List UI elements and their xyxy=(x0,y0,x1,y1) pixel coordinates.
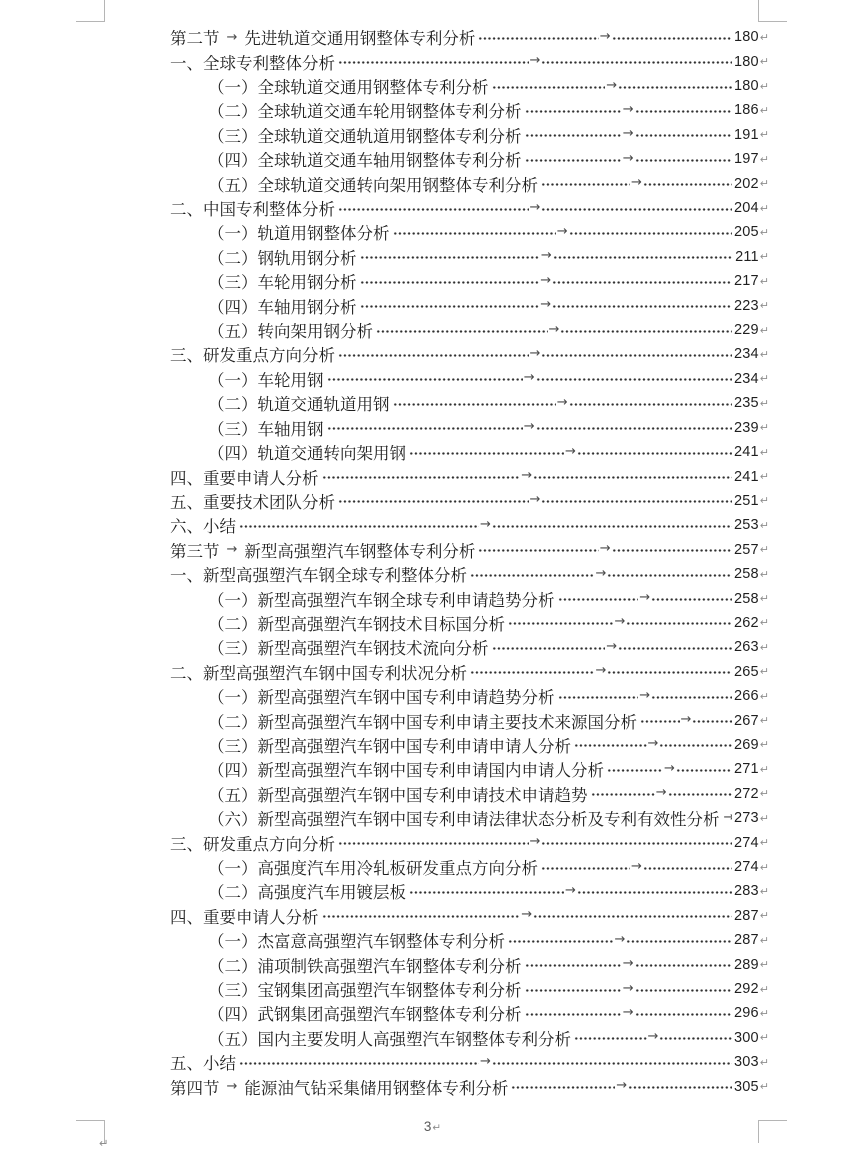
tab-arrow-icon: → xyxy=(606,79,617,92)
dot-leader: → xyxy=(525,1006,732,1021)
toc-entry-title: （二）浦项制铁高强塑汽车钢整体专利分析 xyxy=(208,953,522,977)
toc-entry-page-number: 239 xyxy=(734,420,759,436)
leader-dots xyxy=(618,85,732,90)
toc-entry[interactable]: （四）全球轨道交通车轴用钢整体专利分析 → 197 ↵ xyxy=(104,147,758,171)
toc-entry-title: 五、小结 xyxy=(170,1050,236,1074)
dot-leader: → xyxy=(591,786,732,801)
toc-entry[interactable]: 四、重要申请人分析 → 287 ↵ xyxy=(104,904,758,928)
leader-dots xyxy=(541,866,630,871)
text-boundary-mark-top-left xyxy=(104,0,105,21)
paragraph-mark-icon: ↵ xyxy=(760,1008,769,1019)
toc-entry[interactable]: 第四节 → 能源油气钻采集储用钢整体专利分析 → 305 ↵ xyxy=(104,1074,758,1098)
toc-entry-title: （二）全球轨道交通车轮用钢整体专利分析 xyxy=(208,98,522,122)
tab-arrow-icon: → xyxy=(623,957,634,970)
leader-dots xyxy=(558,695,639,700)
toc-entry-title: （三）车轴用钢 xyxy=(208,416,324,440)
toc-entry-page-number: 235 xyxy=(734,395,759,411)
toc-entry[interactable]: （一）高强度汽车用冷轧板研发重点方向分析 → 274 ↵ xyxy=(104,855,758,879)
leader-dots xyxy=(239,1061,479,1066)
dot-leader: → xyxy=(470,664,732,679)
table-of-contents: 第二节 → 先进轨道交通用钢整体专利分析 → 180 ↵ 一、全球专利整体分析 … xyxy=(104,25,758,1099)
leader-dots xyxy=(525,988,622,993)
leader-dots xyxy=(376,329,548,334)
toc-entry[interactable]: （四）轨道交通转向架用钢 → 241 ↵ xyxy=(104,440,758,464)
toc-entry-page-number: 267 xyxy=(734,713,759,729)
toc-entry-page-number: 191 xyxy=(734,127,759,143)
toc-entry-page-number: 263 xyxy=(734,639,759,655)
leader-dots xyxy=(338,353,529,358)
leader-dots xyxy=(659,743,732,748)
tab-arrow-icon: → xyxy=(530,347,541,360)
leader-dots xyxy=(360,280,540,285)
dot-leader: → xyxy=(525,103,732,118)
toc-entry-page-number: 257 xyxy=(734,542,759,558)
toc-entry-page-number: 258 xyxy=(734,566,759,582)
leader-dots xyxy=(552,280,732,285)
toc-entry-page-number: 258 xyxy=(734,591,759,607)
leader-dots xyxy=(643,182,732,187)
dot-leader: → xyxy=(239,518,732,533)
paragraph-mark-icon: ↵ xyxy=(99,1136,109,1150)
paragraph-mark-icon: ↵ xyxy=(760,1081,769,1092)
leader-dots xyxy=(338,60,529,65)
leader-dots xyxy=(574,743,647,748)
leader-dots xyxy=(668,792,732,797)
leader-dots xyxy=(492,524,732,529)
tab-arrow-icon: → xyxy=(664,762,675,775)
tab-arrow-icon: → xyxy=(623,103,634,116)
toc-entry[interactable]: （一）车轮用钢 → 234 ↵ xyxy=(104,367,758,391)
leader-dots xyxy=(478,36,598,41)
paragraph-mark-icon: ↵ xyxy=(760,715,769,726)
leader-dots xyxy=(541,60,732,65)
toc-entry-page-number: 253 xyxy=(734,517,759,533)
dot-leader: → xyxy=(393,396,732,411)
leader-dots xyxy=(635,963,732,968)
toc-entry-page-number: 234 xyxy=(734,346,759,362)
dot-leader: → xyxy=(525,957,732,972)
paragraph-mark-icon: ↵ xyxy=(760,300,769,311)
leader-dots xyxy=(612,36,732,41)
leader-dots xyxy=(643,866,732,871)
toc-entry-page-number: 186 xyxy=(734,102,759,118)
paragraph-mark-icon: ↵ xyxy=(760,178,769,189)
dot-leader: → xyxy=(574,1030,732,1045)
paragraph-mark-icon: ↵ xyxy=(760,227,769,238)
toc-entry[interactable]: （三）宝钢集团高强塑汽车钢整体专利分析 → 292 ↵ xyxy=(104,977,758,1001)
tab-arrow-icon: → xyxy=(480,1055,491,1068)
dot-leader: → xyxy=(360,274,732,289)
toc-entry-page-number: 269 xyxy=(734,737,759,753)
toc-entry-page-number: 289 xyxy=(734,957,759,973)
tab-arrow-icon: → xyxy=(524,371,535,384)
tab-arrow-icon: → xyxy=(227,30,238,45)
dot-leader: → xyxy=(478,542,732,557)
toc-entry[interactable]: （五）国内主要发明人高强塑汽车钢整体专利分析 → 300 ↵ xyxy=(104,1026,758,1050)
dot-leader: → xyxy=(322,908,732,923)
tab-arrow-icon: → xyxy=(623,1006,634,1019)
leader-dots xyxy=(511,1085,615,1090)
tab-arrow-icon: → xyxy=(631,860,642,873)
paragraph-mark-icon: ↵ xyxy=(760,886,769,897)
paragraph-mark-icon: ↵ xyxy=(760,593,769,604)
paragraph-mark-icon: ↵ xyxy=(760,569,769,580)
dot-leader: → xyxy=(409,445,732,460)
tab-arrow-icon: → xyxy=(227,542,238,557)
toc-entry[interactable]: （三）新型高强塑汽车钢技术流向分析 → 263 ↵ xyxy=(104,635,758,659)
tab-arrow-icon: → xyxy=(596,567,607,580)
leader-dots xyxy=(508,621,614,626)
toc-entry[interactable]: （一）轨道用钢整体分析 → 205 ↵ xyxy=(104,220,758,244)
leader-dots xyxy=(470,670,595,675)
dot-leader: → xyxy=(360,298,732,313)
toc-entry[interactable]: （五）新型高强塑汽车钢中国专利申请技术申请趋势 → 272 ↵ xyxy=(104,782,758,806)
toc-entry-section-prefix: 第二节 xyxy=(170,25,220,49)
toc-entry[interactable]: （二）浦项制铁高强塑汽车钢整体专利分析 → 289 ↵ xyxy=(104,952,758,976)
paragraph-mark-icon: ↵ xyxy=(760,349,769,360)
toc-entry[interactable]: （二）新型高强塑汽车钢技术目标国分析 → 262 ↵ xyxy=(104,611,758,635)
leader-dots xyxy=(322,914,521,919)
toc-entry[interactable]: （五）转向架用钢分析 → 229 ↵ xyxy=(104,318,758,342)
toc-entry-page-number: 180 xyxy=(734,54,759,70)
toc-entry-title: （二）新型高强塑汽车钢中国专利申请主要技术来源国分析 xyxy=(208,709,637,733)
toc-entry-page-number: 300 xyxy=(734,1030,759,1046)
toc-entry[interactable]: 五、重要技术团队分析 → 251 ↵ xyxy=(104,489,758,513)
leader-dots xyxy=(552,304,732,309)
leader-dots xyxy=(508,939,614,944)
toc-entry-title: （四）车轴用钢分析 xyxy=(208,294,357,318)
toc-entry[interactable]: 第三节 → 新型高强塑汽车钢整体专利分析 → 257 ↵ xyxy=(104,538,758,562)
paragraph-mark-icon: ↵ xyxy=(760,373,769,384)
toc-entry[interactable]: 二、中国专利整体分析 → 204 ↵ xyxy=(104,196,758,220)
leader-dots xyxy=(569,231,732,236)
toc-entry[interactable]: （二）钢轨用钢分析 → 211 ↵ xyxy=(104,245,758,269)
toc-entry[interactable]: 一、全球专利整体分析 → 180 ↵ xyxy=(104,49,758,73)
toc-entry[interactable]: （四）武钢集团高强塑汽车钢整体专利分析 → 296 ↵ xyxy=(104,1001,758,1025)
toc-entry-page-number: 274 xyxy=(734,859,759,875)
paragraph-mark-icon: ↵ xyxy=(432,1122,441,1134)
leader-dots xyxy=(541,841,732,846)
toc-entry-title: （三）新型高强塑汽车钢中国专利申请申请人分析 xyxy=(208,733,571,757)
leader-dots xyxy=(574,1036,647,1041)
dot-leader: → xyxy=(470,567,732,582)
leader-dots xyxy=(541,499,732,504)
leader-dots xyxy=(536,377,732,382)
toc-entry-page-number: 272 xyxy=(734,786,759,802)
dot-leader: → xyxy=(393,225,732,240)
toc-entry[interactable]: （二）全球轨道交通车轮用钢整体专利分析 → 186 ↵ xyxy=(104,98,758,122)
leader-dots xyxy=(525,109,622,114)
leader-dots xyxy=(533,475,732,480)
paragraph-mark-icon: ↵ xyxy=(760,984,769,995)
toc-entry-page-number: 205 xyxy=(734,224,759,240)
dot-leader: → xyxy=(541,860,732,875)
paragraph-mark-icon: ↵ xyxy=(760,32,769,43)
toc-entry[interactable]: （六）新型高强塑汽车钢中国专利申请法律状态分析及专利有效性分析 → 273 ↵ xyxy=(104,806,758,830)
leader-dots xyxy=(560,329,732,334)
toc-entry-title: 六、小结 xyxy=(170,513,236,537)
paragraph-mark-icon: ↵ xyxy=(760,959,769,970)
paragraph-mark-icon: ↵ xyxy=(760,617,769,628)
dot-leader: → xyxy=(525,127,732,142)
leader-dots xyxy=(618,646,732,651)
paragraph-mark-icon: ↵ xyxy=(760,691,769,702)
paragraph-mark-icon: ↵ xyxy=(760,813,769,824)
toc-entry-title: 新型高强塑汽车钢整体专利分析 xyxy=(244,538,475,562)
tab-arrow-icon: → xyxy=(648,737,659,750)
leader-dots xyxy=(635,988,732,993)
paragraph-mark-icon: ↵ xyxy=(760,422,769,433)
tab-arrow-icon: → xyxy=(530,201,541,214)
tab-arrow-icon: → xyxy=(540,274,551,287)
leader-dots xyxy=(409,451,564,456)
toc-entry-page-number: 266 xyxy=(734,688,759,704)
leader-dots xyxy=(635,158,732,163)
toc-entry[interactable]: （一）全球轨道交通用钢整体专利分析 → 180 ↵ xyxy=(104,74,758,98)
toc-entry-title: 四、重要申请人分析 xyxy=(170,904,319,928)
toc-entry-title: （二）轨道交通轨道用钢 xyxy=(208,391,390,415)
leader-dots xyxy=(533,914,732,919)
toc-entry[interactable]: （一）杰富意高强塑汽车钢整体专利分析 → 287 ↵ xyxy=(104,928,758,952)
tab-arrow-icon: → xyxy=(639,591,650,604)
toc-entry[interactable]: （四）新型高强塑汽车钢中国专利申请国内申请人分析 → 271 ↵ xyxy=(104,757,758,781)
toc-entry[interactable]: 四、重要申请人分析 → 241 ↵ xyxy=(104,464,758,488)
dot-leader: → xyxy=(478,30,732,45)
tab-arrow-icon: → xyxy=(565,445,576,458)
tab-arrow-icon: → xyxy=(631,176,642,189)
toc-entry-title: （一）高强度汽车用冷轧板研发重点方向分析 xyxy=(208,855,538,879)
leader-dots xyxy=(607,768,663,773)
toc-entry-title: （三）全球轨道交通轨道用钢整体专利分析 xyxy=(208,123,522,147)
leader-dots xyxy=(525,158,622,163)
tab-arrow-icon: → xyxy=(600,542,611,555)
toc-entry[interactable]: （五）全球轨道交通转向架用钢整体专利分析 → 202 ↵ xyxy=(104,171,758,195)
leader-dots xyxy=(327,377,523,382)
toc-entry-page-number: 241 xyxy=(734,469,759,485)
leader-dots xyxy=(577,890,732,895)
toc-entry-page-number: 223 xyxy=(734,298,759,314)
leader-dots xyxy=(322,475,521,480)
toc-entry[interactable]: （二）新型高强塑汽车钢中国专利申请主要技术来源国分析 → 267 ↵ xyxy=(104,708,758,732)
tab-arrow-icon: → xyxy=(623,982,634,995)
toc-entry-section-prefix: 第四节 xyxy=(170,1075,220,1099)
toc-entry[interactable]: （一）新型高强塑汽车钢全球专利申请趋势分析 → 258 ↵ xyxy=(104,586,758,610)
toc-entry-title: 二、中国专利整体分析 xyxy=(170,196,335,220)
toc-entry-title: （二）钢轨用钢分析 xyxy=(208,245,357,269)
tab-arrow-icon: → xyxy=(724,811,732,824)
dot-leader: → xyxy=(508,933,732,948)
paragraph-mark-icon: ↵ xyxy=(760,81,769,92)
toc-entry-title: （一）新型高强塑汽车钢全球专利申请趋势分析 xyxy=(208,587,555,611)
toc-entry-title: （六）新型高强塑汽车钢中国专利申请法律状态分析及专利有效性分析 xyxy=(208,806,720,830)
toc-entry[interactable]: （二）高强度汽车用镀层板 → 283 ↵ xyxy=(104,879,758,903)
toc-entry[interactable]: 一、新型高强塑汽车钢全球专利整体分析 → 258 ↵ xyxy=(104,562,758,586)
toc-entry-page-number: 262 xyxy=(734,615,759,631)
toc-entry[interactable]: （三）车轮用钢分析 → 217 ↵ xyxy=(104,269,758,293)
toc-entry-page-number: 229 xyxy=(734,322,759,338)
leader-dots xyxy=(239,524,479,529)
dot-leader: → xyxy=(239,1055,732,1070)
tab-arrow-icon: → xyxy=(549,323,560,336)
toc-entry[interactable]: 六、小结 → 253 ↵ xyxy=(104,513,758,537)
leader-dots xyxy=(541,207,732,212)
tab-arrow-icon: → xyxy=(565,884,576,897)
paragraph-mark-icon: ↵ xyxy=(760,129,769,140)
tab-arrow-icon: → xyxy=(623,127,634,140)
toc-entry-title: 一、新型高强塑汽车钢全球专利整体分析 xyxy=(170,562,467,586)
toc-entry-section-prefix: 第三节 xyxy=(170,538,220,562)
toc-entry-title: 二、新型高强塑汽车钢中国专利状况分析 xyxy=(170,660,467,684)
toc-entry-title: （二）高强度汽车用镀层板 xyxy=(208,879,406,903)
dot-leader: → xyxy=(541,176,732,191)
toc-entry-title: （四）全球轨道交通车轴用钢整体专利分析 xyxy=(208,147,522,171)
paragraph-mark-icon: ↵ xyxy=(760,105,769,116)
toc-entry-page-number: 283 xyxy=(734,883,759,899)
dot-leader: → xyxy=(338,835,732,850)
tab-arrow-icon: → xyxy=(616,1079,627,1092)
toc-entry-title: 五、重要技术团队分析 xyxy=(170,489,335,513)
dot-leader: → xyxy=(558,591,732,606)
tab-arrow-icon: → xyxy=(596,664,607,677)
leader-dots xyxy=(626,939,732,944)
dot-leader: → xyxy=(338,201,732,216)
toc-entry[interactable]: （三）车轴用钢 → 239 ↵ xyxy=(104,416,758,440)
leader-dots xyxy=(635,133,732,138)
toc-entry-title: （一）新型高强塑汽车钢中国专利申请趋势分析 xyxy=(208,684,555,708)
dot-leader: → xyxy=(492,640,732,655)
paragraph-mark-icon: ↵ xyxy=(760,471,769,482)
toc-entry-title: （五）国内主要发明人高强塑汽车钢整体专利分析 xyxy=(208,1026,571,1050)
leader-dots xyxy=(651,695,732,700)
toc-entry-page-number: 287 xyxy=(734,908,759,924)
toc-entry[interactable]: （一）新型高强塑汽车钢中国专利申请趋势分析 → 266 ↵ xyxy=(104,684,758,708)
toc-entry-page-number: 292 xyxy=(734,981,759,997)
document-page: 第二节 → 先进轨道交通用钢整体专利分析 → 180 ↵ 一、全球专利整体分析 … xyxy=(0,0,865,1163)
leader-dots xyxy=(569,402,732,407)
leader-dots xyxy=(607,670,732,675)
tab-arrow-icon: → xyxy=(530,835,541,848)
tab-arrow-icon: → xyxy=(227,1079,238,1094)
leader-dots xyxy=(327,426,523,431)
toc-entry-title: （四）轨道交通转向架用钢 xyxy=(208,440,406,464)
tab-arrow-icon: → xyxy=(480,518,491,531)
paragraph-mark-icon: ↵ xyxy=(760,862,769,873)
dot-leader: → xyxy=(376,323,732,338)
paragraph-mark-icon: ↵ xyxy=(760,788,769,799)
paragraph-mark-icon: ↵ xyxy=(760,935,769,946)
tab-arrow-icon: → xyxy=(530,493,541,506)
toc-entry-page-number: 274 xyxy=(734,835,759,851)
toc-entry[interactable]: （四）车轴用钢分析 → 223 ↵ xyxy=(104,293,758,317)
toc-entry-title: （五）转向架用钢分析 xyxy=(208,318,373,342)
leader-dots xyxy=(536,426,732,431)
dot-leader: → xyxy=(525,982,732,997)
toc-entry-page-number: 241 xyxy=(734,444,759,460)
leader-dots xyxy=(558,597,639,602)
toc-entry-page-number: 303 xyxy=(734,1054,759,1070)
toc-entry[interactable]: （三）全球轨道交通轨道用钢整体专利分析 → 191 ↵ xyxy=(104,123,758,147)
toc-entry-title: 四、重要申请人分析 xyxy=(170,465,319,489)
leader-dots xyxy=(470,573,595,578)
leader-dots xyxy=(626,621,732,626)
leader-dots xyxy=(651,597,732,602)
paragraph-mark-icon: ↵ xyxy=(760,739,769,750)
dot-leader: → xyxy=(574,737,732,752)
toc-entry-title: （五）新型高强塑汽车钢中国专利申请技术申请趋势 xyxy=(208,782,588,806)
toc-entry-title: 一、全球专利整体分析 xyxy=(170,50,335,74)
paragraph-mark-icon: ↵ xyxy=(760,642,769,653)
leader-dots xyxy=(338,207,529,212)
toc-entry-page-number: 287 xyxy=(734,932,759,948)
tab-arrow-icon: → xyxy=(540,298,551,311)
leader-dots xyxy=(628,1085,732,1090)
paragraph-mark-icon: ↵ xyxy=(760,544,769,555)
dot-leader: → xyxy=(492,79,732,94)
tab-arrow-icon: → xyxy=(648,1030,659,1043)
toc-entry[interactable]: 二、新型高强塑汽车钢中国专利状况分析 → 265 ↵ xyxy=(104,660,758,684)
toc-entry-page-number: 197 xyxy=(734,151,759,167)
toc-entry-title: （五）全球轨道交通转向架用钢整体专利分析 xyxy=(208,172,538,196)
tab-arrow-icon: → xyxy=(623,152,634,165)
text-boundary-mark-top-left xyxy=(76,21,105,22)
tab-arrow-icon: → xyxy=(600,30,611,43)
leader-dots xyxy=(635,1012,732,1017)
leader-dots xyxy=(525,963,622,968)
dot-leader: → xyxy=(525,152,732,167)
leader-dots xyxy=(591,792,655,797)
paragraph-mark-icon: ↵ xyxy=(760,276,769,287)
leader-dots xyxy=(676,768,732,773)
paragraph-mark-icon: ↵ xyxy=(760,398,769,409)
text-boundary-mark-top-right xyxy=(758,21,787,22)
leader-dots xyxy=(409,890,564,895)
paragraph-mark-icon: ↵ xyxy=(760,203,769,214)
tab-arrow-icon: → xyxy=(681,713,692,726)
toc-entry[interactable]: （三）新型高强塑汽车钢中国专利申请申请人分析 → 269 ↵ xyxy=(104,733,758,757)
dot-leader: → xyxy=(360,249,734,264)
toc-entry[interactable]: 三、研发重点方向分析 → 274 ↵ xyxy=(104,830,758,854)
leader-dots xyxy=(635,109,732,114)
leader-dots xyxy=(553,255,733,260)
toc-entry[interactable]: 第二节 → 先进轨道交通用钢整体专利分析 → 180 ↵ xyxy=(104,25,758,49)
leader-dots xyxy=(492,646,606,651)
toc-entry-title: （一）杰富意高强塑汽车钢整体专利分析 xyxy=(208,928,505,952)
tab-arrow-icon: → xyxy=(521,469,532,482)
leader-dots xyxy=(393,231,556,236)
toc-entry[interactable]: 五、小结 → 303 ↵ xyxy=(104,1050,758,1074)
toc-entry[interactable]: （二）轨道交通轨道用钢 → 235 ↵ xyxy=(104,391,758,415)
paragraph-mark-icon: ↵ xyxy=(760,837,769,848)
toc-entry-page-number: 251 xyxy=(734,493,759,509)
dot-leader: → xyxy=(322,469,732,484)
leader-dots xyxy=(577,451,732,456)
toc-entry-title: （三）新型高强塑汽车钢技术流向分析 xyxy=(208,635,489,659)
dot-leader: → xyxy=(508,615,732,630)
toc-entry-title: 三、研发重点方向分析 xyxy=(170,831,335,855)
leader-dots xyxy=(338,499,529,504)
toc-entry-page-number: 211 xyxy=(735,249,759,265)
leader-dots xyxy=(640,719,680,724)
toc-entry-page-number: 305 xyxy=(734,1079,759,1095)
leader-dots xyxy=(393,402,556,407)
leader-dots xyxy=(607,573,732,578)
paragraph-mark-icon: ↵ xyxy=(760,1057,769,1068)
toc-entry-page-number: 217 xyxy=(734,273,759,289)
toc-entry-title: （二）新型高强塑汽车钢技术目标国分析 xyxy=(208,611,505,635)
toc-entry-title: 先进轨道交通用钢整体专利分析 xyxy=(244,25,475,49)
toc-entry[interactable]: 三、研发重点方向分析 → 234 ↵ xyxy=(104,342,758,366)
leader-dots xyxy=(492,1061,732,1066)
